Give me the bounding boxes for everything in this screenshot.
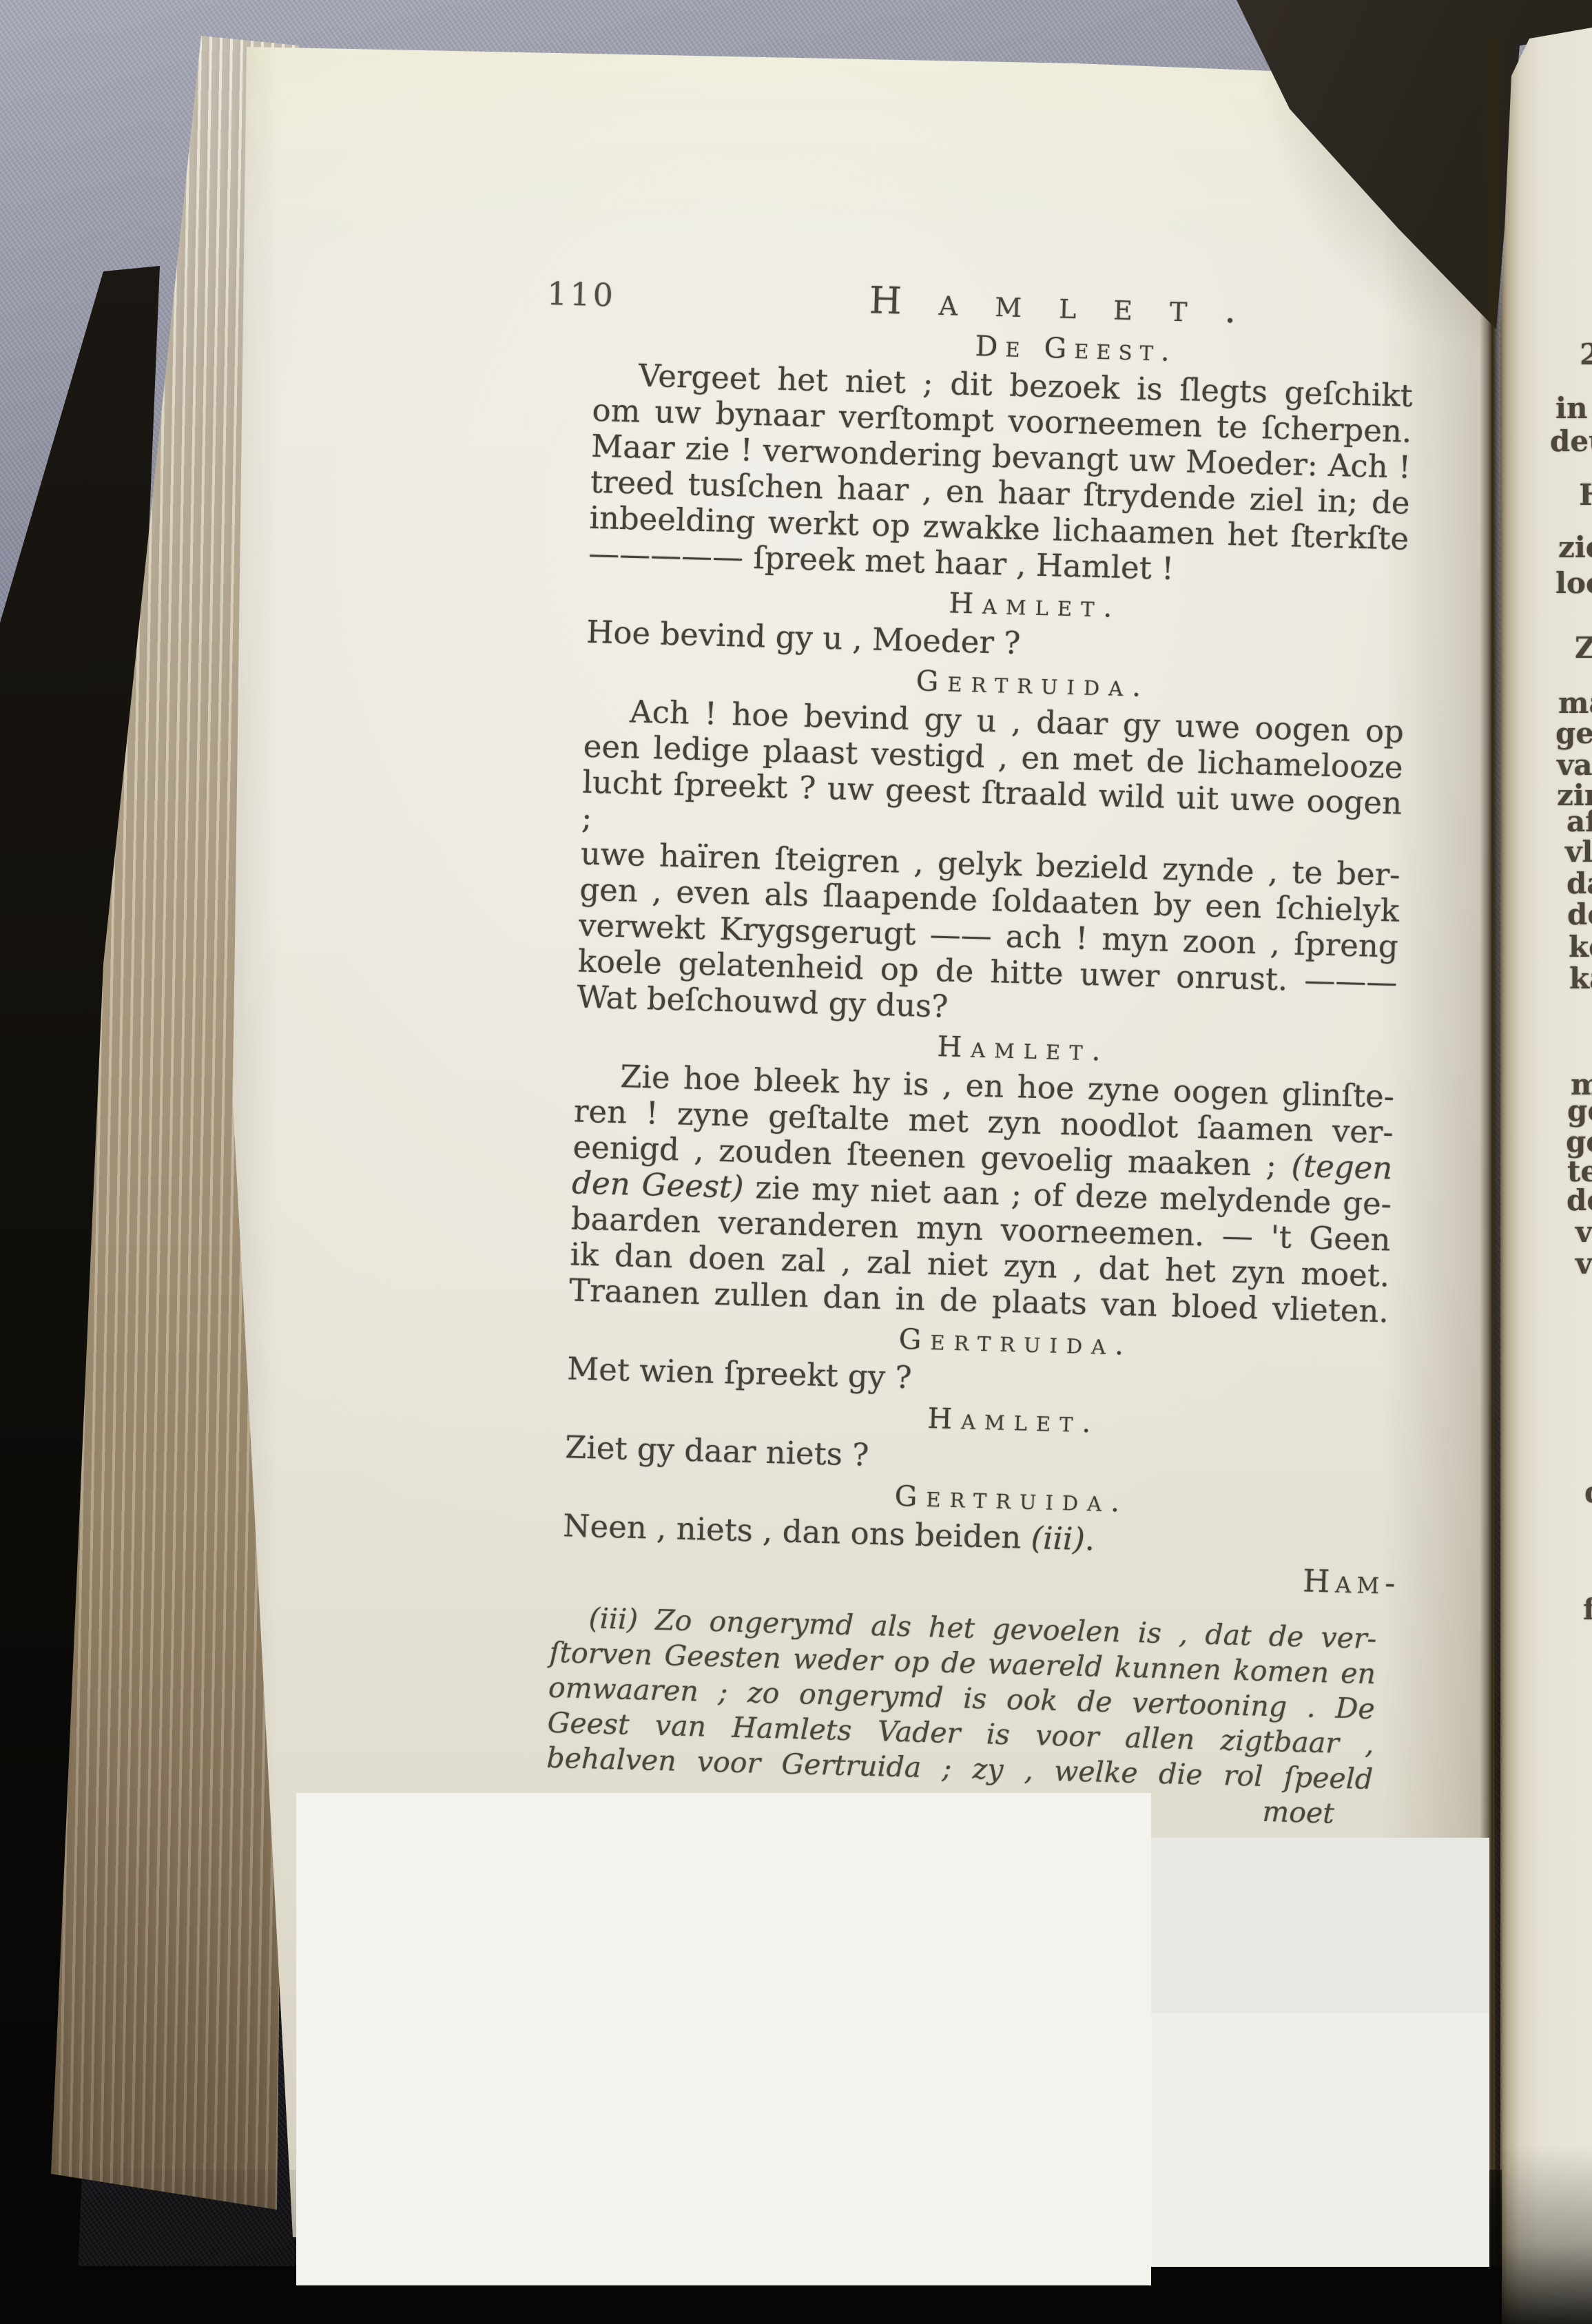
text-fragment: Z bbox=[1575, 631, 1592, 665]
book-photo: 110 Hamlet. De Geest.Vergeet het niet ; … bbox=[0, 0, 1592, 2324]
speech-paragraph: Vergeet het niet ; dit bezoek is ſlegts … bbox=[540, 355, 1431, 594]
retouch-patch-left bbox=[296, 1793, 1151, 2285]
text-fragment: deu bbox=[1550, 424, 1592, 458]
text-fragment: in bbox=[1555, 391, 1588, 425]
text-fragment: van bbox=[1557, 748, 1592, 782]
speech-paragraph: Zie hoe bleek hy is , en hoe zyne oogen … bbox=[521, 1057, 1412, 1331]
retouch-patch-right-top bbox=[1151, 1838, 1489, 2013]
text-fragment: ma bbox=[1558, 686, 1592, 720]
text-body: De Geest.Vergeet het niet ; dit bezoek i… bbox=[507, 318, 1431, 1833]
text-fragment: d bbox=[1584, 1475, 1592, 1509]
text-fragment: da bbox=[1567, 867, 1592, 900]
speech-paragraph: Ach ! hoe bevind gy u , daar gy uwe ooge… bbox=[528, 692, 1422, 1037]
text-fragment: gef bbox=[1555, 716, 1592, 750]
text-fragment: ge bbox=[1567, 1094, 1592, 1128]
left-page-text: 110 Hamlet. De Geest.Vergeet het niet ; … bbox=[507, 270, 1432, 1833]
text-fragment: 2 bbox=[1580, 338, 1592, 371]
text-fragment: ka bbox=[1569, 962, 1592, 995]
text-fragment: v bbox=[1575, 1215, 1592, 1249]
text-fragment: loos bbox=[1555, 566, 1592, 600]
text-fragment: ge bbox=[1566, 1125, 1592, 1159]
text-fragment: ke bbox=[1569, 930, 1592, 964]
text-fragment: H bbox=[1579, 478, 1592, 512]
text-fragment: ziet bbox=[1558, 530, 1592, 564]
text-fragment: af. bbox=[1567, 805, 1592, 838]
page-number: 110 bbox=[546, 275, 616, 314]
text-fragment: f bbox=[1583, 1592, 1592, 1626]
text-fragment: de bbox=[1567, 898, 1592, 931]
text-fragment: de bbox=[1567, 1183, 1592, 1217]
text-fragment: vle bbox=[1565, 835, 1592, 869]
text-fragment: v bbox=[1575, 1247, 1592, 1280]
retouch-patch-right-bottom bbox=[1151, 2013, 1489, 2267]
